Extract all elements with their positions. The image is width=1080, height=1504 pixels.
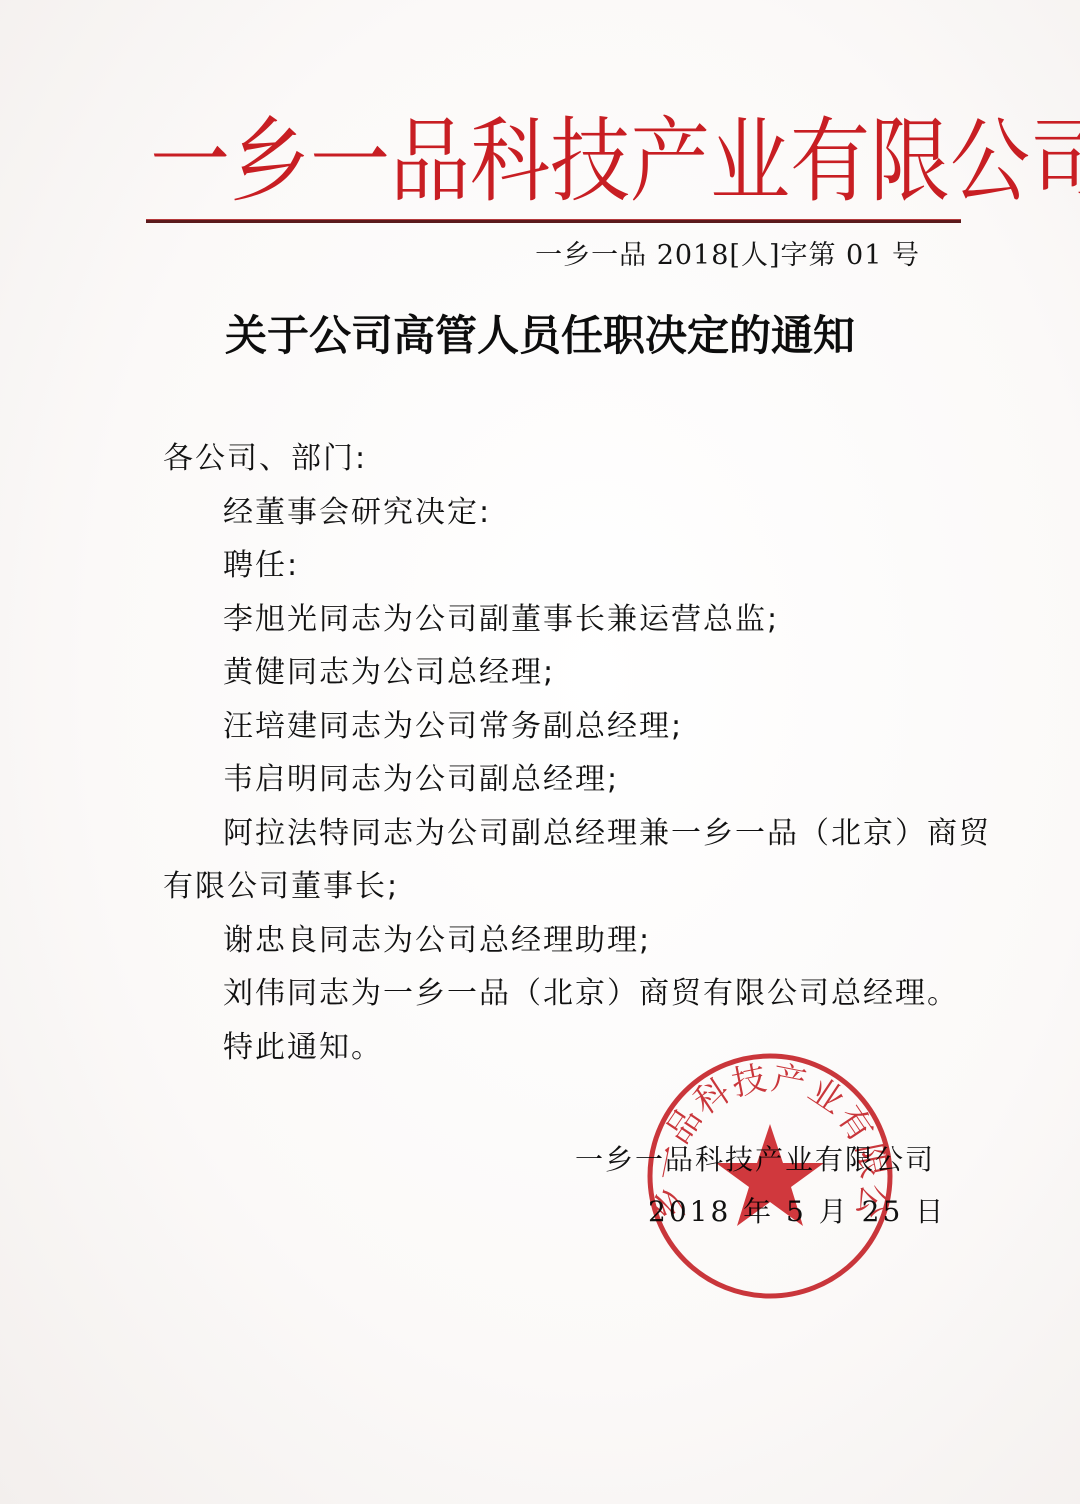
document-page: 一 乡 一 品 科 技 产 业 有 限 公 司 一乡一品 2018[人]字第 0…	[0, 0, 1080, 1504]
appointment-line-continued: 有限公司董事长;	[163, 860, 933, 914]
body-line: 经董事会研究决定:	[163, 486, 933, 540]
letterhead-char: 产	[630, 105, 710, 220]
seal-star-icon	[716, 1124, 824, 1226]
appointment-line: 李旭光同志为公司副董事长兼运营总监;	[163, 593, 933, 647]
letterhead-char: 公	[950, 105, 1030, 220]
letterhead-char: 有	[790, 105, 870, 220]
letterhead-char: 技	[550, 105, 630, 220]
appointment-line: 刘伟同志为一乡一品（北京）商贸有限公司总经理。	[163, 967, 933, 1021]
company-seal-icon: 一乡一品科技产业有限公司	[640, 1046, 900, 1306]
letterhead-char: 司	[1030, 105, 1080, 220]
salutation: 各公司、部门:	[163, 432, 933, 486]
appointment-line: 汪培建同志为公司常务副总经理;	[163, 700, 933, 754]
appointment-line: 谢忠良同志为公司总经理助理;	[163, 914, 933, 968]
appointment-line: 韦启明同志为公司副总经理;	[163, 753, 933, 807]
document-title: 关于公司高管人员任职决定的通知	[0, 303, 1080, 363]
letterhead-company-name: 一 乡 一 品 科 技 产 业 有 限 公 司	[150, 112, 940, 212]
appointment-line: 阿拉法特同志为公司副总经理兼一乡一品（北京）商贸	[163, 807, 933, 861]
body-line: 聘任:	[163, 539, 933, 593]
letterhead-char: 科	[470, 105, 550, 220]
document-number: 一乡一品 2018[人]字第 01 号	[535, 233, 920, 272]
document-body: 各公司、部门: 经董事会研究决定: 聘任: 李旭光同志为公司副董事长兼运营总监;…	[163, 432, 933, 1074]
letterhead-char: 品	[390, 105, 470, 220]
appointment-line: 黄健同志为公司总经理;	[163, 646, 933, 700]
letterhead-char: 一	[150, 105, 230, 220]
letterhead-char: 一	[310, 105, 390, 220]
letterhead-char: 乡	[230, 105, 310, 220]
letterhead-divider	[146, 219, 961, 223]
letterhead-char: 业	[710, 105, 790, 220]
letterhead-char: 限	[870, 105, 950, 220]
